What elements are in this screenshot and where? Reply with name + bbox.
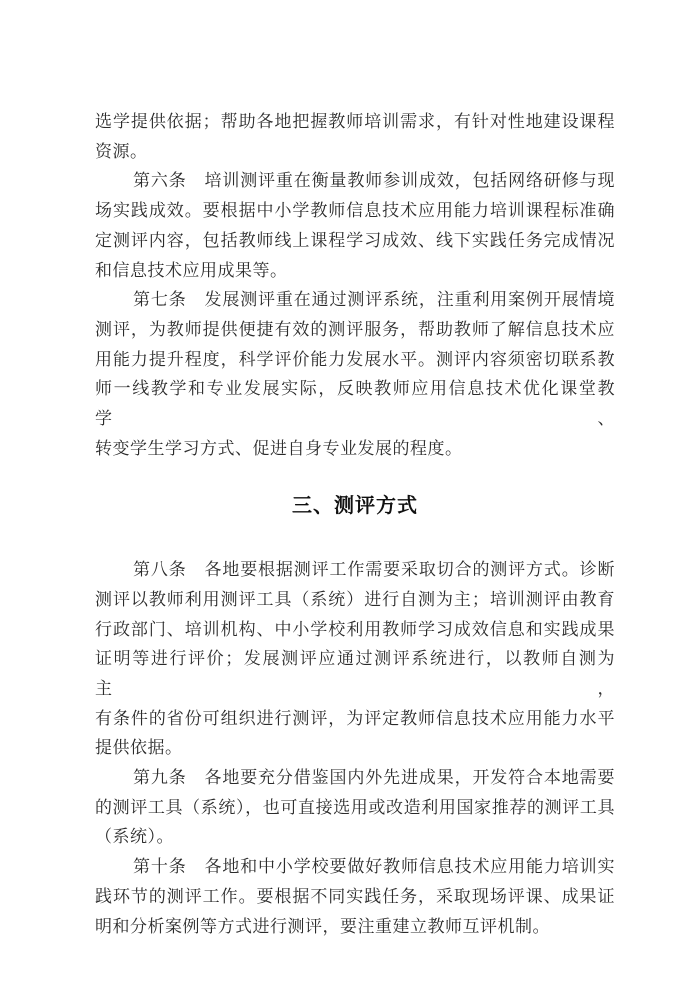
paragraph: 第九条 各地要充分借鉴国内外先进成果，开发符合本地需要的测评工具（系统），也可直… xyxy=(95,763,615,852)
paragraph-line: 选学提供依据；帮助各地把握教师培训需求，有针对性地建设课程 xyxy=(95,107,615,137)
paragraph-line: 师一线教学和专业发展实际，反映教师应用信息技术优化课堂教学、 xyxy=(95,374,615,433)
paragraph-line: 定测评内容，包括教师线上课程学习成效、线下实践任务完成情况 xyxy=(95,226,615,256)
paragraph-line: 提供依据。 xyxy=(95,733,615,763)
paragraph-line: 第九条 各地要充分借鉴国内外先进成果，开发符合本地需要 xyxy=(95,763,615,793)
paragraph: 第六条 培训测评重在衡量教师参训成效，包括网络研修与现场实践成效。要根据中小学教… xyxy=(95,166,615,285)
paragraph-line: 和信息技术应用成果等。 xyxy=(95,256,615,286)
section-heading: 三、测评方式 xyxy=(95,492,615,522)
paragraph-line: 明和分析案例等方式进行测评，要注重建立教师互评机制。 xyxy=(95,912,615,942)
paragraph-line: 用能力提升程度，科学评价能力发展水平。测评内容须密切联系教 xyxy=(95,345,615,375)
paragraph-line: 有条件的省份可组织进行测评，为评定教师信息技术应用能力水平 xyxy=(95,704,615,734)
paragraph-line: 测评以教师利用测评工具（系统）进行自测为主；培训测评由教育 xyxy=(95,585,615,615)
paragraph-line: 场实践成效。要根据中小学教师信息技术应用能力培训课程标准确 xyxy=(95,196,615,226)
document-body: 选学提供依据；帮助各地把握教师培训需求，有针对性地建设课程资源。第六条 培训测评… xyxy=(95,107,615,941)
paragraph-line: 测评，为教师提供便捷有效的测评服务，帮助教师了解信息技术应 xyxy=(95,315,615,345)
paragraph-line: 行政部门、培训机构、中小学校利用教师学习成效信息和实践成果 xyxy=(95,615,615,645)
paragraph-line: 第十条 各地和中小学校要做好教师信息技术应用能力培训实 xyxy=(95,852,615,882)
paragraph-line: 第六条 培训测评重在衡量教师参训成效，包括网络研修与现 xyxy=(95,166,615,196)
paragraph-line: 第八条 各地要根据测评工作需要采取切合的测评方式。诊断 xyxy=(95,555,615,585)
paragraph-line: 第七条 发展测评重在通过测评系统，注重利用案例开展情境 xyxy=(95,285,615,315)
paragraph: 第八条 各地要根据测评工作需要采取切合的测评方式。诊断测评以教师利用测评工具（系… xyxy=(95,555,615,763)
paragraph-line: 的测评工具（系统），也可直接选用或改造利用国家推荐的测评工具 xyxy=(95,793,615,823)
paragraph-line: 转变学生学习方式、促进自身专业发展的程度。 xyxy=(95,434,615,464)
paragraph: 第七条 发展测评重在通过测评系统，注重利用案例开展情境测评，为教师提供便捷有效的… xyxy=(95,285,615,463)
paragraph: 选学提供依据；帮助各地把握教师培训需求，有针对性地建设课程资源。 xyxy=(95,107,615,166)
document-page: 选学提供依据；帮助各地把握教师培训需求，有针对性地建设课程资源。第六条 培训测评… xyxy=(0,0,700,993)
paragraph-line: （系统）。 xyxy=(95,822,615,852)
paragraph: 第十条 各地和中小学校要做好教师信息技术应用能力培训实践环节的测评工作。要根据不… xyxy=(95,852,615,941)
paragraph-line: 资源。 xyxy=(95,137,615,167)
paragraph-line: 践环节的测评工作。要根据不同实践任务，采取现场评课、成果证 xyxy=(95,882,615,912)
paragraph-line: 证明等进行评价；发展测评应通过测评系统进行，以教师自测为主， xyxy=(95,644,615,703)
